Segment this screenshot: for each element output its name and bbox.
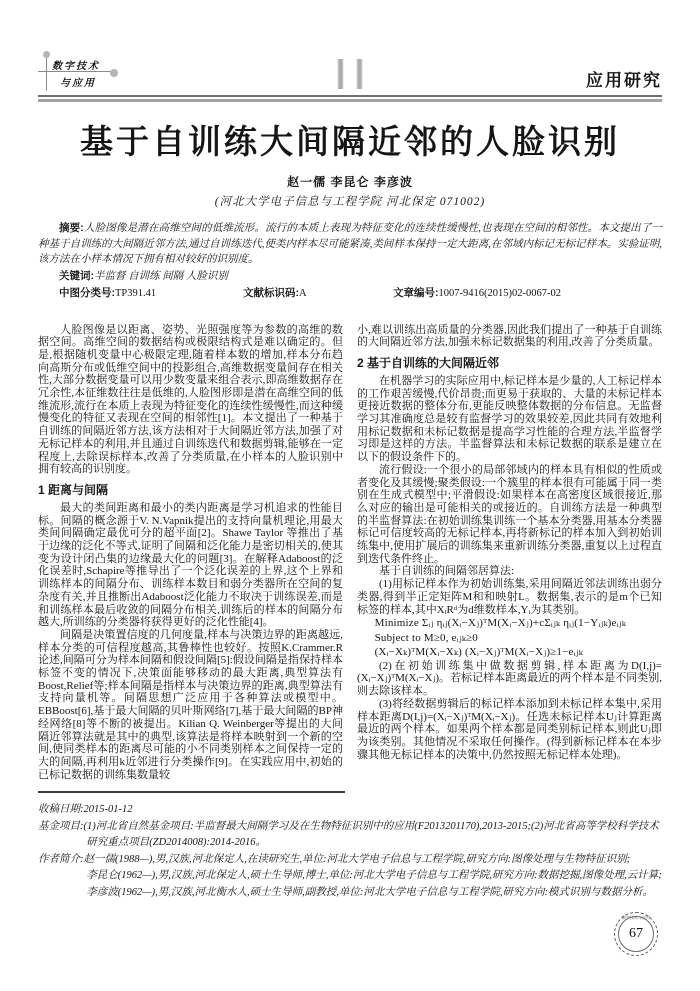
doc-code-segment: 文献标识码:A xyxy=(243,286,393,302)
article-authors: 赵一儒 李昆仑 李彦波 xyxy=(38,173,662,190)
received-label: 收稿日期: xyxy=(38,804,84,815)
logo-vertical-line xyxy=(46,55,47,91)
clc-value: TP391.41 xyxy=(115,288,156,299)
fund-label: 基金项目: xyxy=(38,821,84,832)
stamp-journal-text: 数字技术与应用 xyxy=(615,915,657,921)
section2-paragraph-2: 流行假设:一个很小的局部邻域内的样本具有相似的性质或者变化及其缓慢;聚类假设:一… xyxy=(357,464,662,566)
section1-heading: 1 距离与间隔 xyxy=(38,483,343,497)
header-rule-thick xyxy=(38,99,662,102)
article-id-label: 文章编号: xyxy=(393,287,439,299)
section2-paragraph-1: 在机器学习的实际应用中,标记样本是少量的,人工标记样本的工作艰苦缓慢,代价昂贵;… xyxy=(357,375,662,464)
algorithm-step-2: (2)在初始训练集中做数据剪辑,样本距离为D(I,j)=(Xᵢ−Xⱼ)ᵀM(Xᵢ… xyxy=(357,660,662,698)
abstract-label: 摘要: xyxy=(59,222,84,234)
page-number-stamp: 数字技术与应用 67 xyxy=(614,912,658,956)
keywords-line: 关键词:半监督 自训练 间隔 人脸识别 xyxy=(38,269,662,285)
right-column: 小,难以训练出高质量的分类器,因此我们提出了一种基于自训练的大间隔近邻方法,加强… xyxy=(357,324,662,782)
section1-paragraph-2: 间隔是决策置信度的几何度量,样本与决策边界的距离越远,样本分类的可信程度越高,其… xyxy=(38,629,343,781)
journal-name-line1: 数字技术 xyxy=(52,57,100,72)
algorithm-step-1: (1)用标记样本作为初始训练集,采用间隔近邻法训练出弱分类器,得到半正定矩阵M和… xyxy=(357,578,662,616)
article-title: 基于自训练大间隔近邻的人脸识别 xyxy=(38,116,662,163)
vertical-bar-icon xyxy=(357,59,363,89)
abstract-text: 人脸图像是潜在高维空间的低维流形。流行的本质上表现为特征变化的连续性缓慢性,也表… xyxy=(38,223,662,265)
article-id-value: 1007-9416(2015)02-0067-02 xyxy=(439,288,561,299)
keywords-text: 半监督 自训练 间隔 人脸识别 xyxy=(94,271,228,282)
author-bio-line-1: 作者简介:赵一儒(1988—),男,汉族,河北保定人,在读研究生,单位:河北大学… xyxy=(38,852,662,869)
received-value: 2015-01-12 xyxy=(84,804,133,815)
vertical-bar-icon xyxy=(338,59,344,89)
intro-paragraph: 人脸图像是以距离、姿势、光照强度等为参数的高维的数据空间。高维空间的数据结构或极… xyxy=(38,324,343,476)
body-columns: 人脸图像是以距离、姿势、光照强度等为参数的高维的数据空间。高维空间的数据结构或极… xyxy=(38,324,662,782)
paper-page: 数字技术 与应用 应用研究 基于自训练大间隔近邻的人脸识别 赵一儒 李昆仑 李彦… xyxy=(0,0,700,901)
header-rule-thin xyxy=(38,95,662,97)
column-section-label: 应用研究 xyxy=(586,66,662,91)
doc-code-value: A xyxy=(299,288,307,299)
fund-text: (1)河北省自然基金项目:半监督最大间隔学习及在生物特征识别中的应用(F2013… xyxy=(84,821,659,849)
abstract-paragraph: 摘要:人脸图像是潜在高维空间的低维流形。流行的本质上表现为特征变化的连续性缓慢性… xyxy=(38,221,662,268)
article-affiliation: (河北大学电子信息与工程学院 河北保定 071002) xyxy=(38,193,662,209)
bio1-text: 赵一儒(1988—),男,汉族,河北保定人,在读研究生,单位:河北大学电子信息与… xyxy=(84,854,631,865)
received-date-line: 收稿日期:2015-01-12 xyxy=(38,802,662,819)
algorithm-intro: 基于自训练的间隔邻居算法: xyxy=(357,565,662,578)
continuation-paragraph: 小,难以训练出高质量的分类器,因此我们提出了一种基于自训练的大间隔近邻方法,加强… xyxy=(357,324,662,349)
doc-code-label: 文献标识码: xyxy=(243,287,299,299)
footnote-separator xyxy=(38,791,345,793)
page-number: 67 xyxy=(629,926,643,942)
section2-heading: 2 基于自训练的大间隔近邻 xyxy=(357,356,662,370)
left-column: 人脸图像是以距离、姿势、光照强度等为参数的高维的数据空间。高维空间的数据结构或极… xyxy=(38,324,343,782)
algorithm-step-3: (3)将经数据剪辑后的标记样本添加到未标记样本集中,采用样本距离D(I,j)=(… xyxy=(357,698,662,762)
logo-dot-icon xyxy=(110,69,118,77)
classification-line: 中图分类号:TP391.41 文献标识码:A 文章编号:1007-9416(20… xyxy=(38,286,662,302)
bio-label: 作者简介: xyxy=(38,854,84,865)
journal-name-line2: 与应用 xyxy=(60,74,96,89)
article-id-segment: 文章编号:1007-9416(2015)02-0067-02 xyxy=(393,286,662,302)
clc-segment: 中图分类号:TP391.41 xyxy=(38,286,243,302)
stamp-inner-circle: 67 xyxy=(618,916,654,952)
header-divider-bars xyxy=(338,59,363,89)
author-bio-line-3: 李彦波(1962—),男,汉族,河北衡水人,硕士生导师,副教授,单位:河北大学电… xyxy=(86,885,662,902)
formula-subject-to: Subject to M≥0, eᵢⱼₖ≥0 xyxy=(357,631,662,646)
clc-label: 中图分类号: xyxy=(59,287,115,299)
formula-constraint: (Xᵢ−Xₖ)ᵀM(Xᵢ−Xₖ) (Xᵢ−Xⱼ)ᵀM(Xᵢ−Xⱼ)≥1−eᵢⱼₖ xyxy=(357,645,662,660)
footnotes: 收稿日期:2015-01-12 基金项目:(1)河北省自然基金项目:半监督最大间… xyxy=(38,802,662,901)
page-header: 数字技术 与应用 应用研究 xyxy=(38,55,662,91)
logo-dot-icon xyxy=(43,51,50,58)
journal-logo: 数字技术 与应用 xyxy=(38,55,148,91)
keywords-label: 关键词: xyxy=(59,270,94,282)
author-bio-line-2: 李昆仑(1962—),男,汉族,河北保定人,硕士生导师,博士,单位:河北大学电子… xyxy=(86,868,662,885)
section1-paragraph-1: 最大的类间距离和最小的类内距离是学习机追求的性能目标。间隔的概念源于V. N.V… xyxy=(38,502,343,629)
article-meta: 摘要:人脸图像是潜在高维空间的低维流形。流行的本质上表现为特征变化的连续性缓慢性… xyxy=(38,221,662,302)
formula-minimize: Minimize Σᵢⱼ ηᵢⱼ(Xᵢ−Xⱼ)ᵀM(Xᵢ−Xⱼ)+cΣᵢⱼₖ η… xyxy=(357,616,662,631)
fund-line: 基金项目:(1)河北省自然基金项目:半监督最大间隔学习及在生物特征识别中的应用(… xyxy=(38,819,662,852)
